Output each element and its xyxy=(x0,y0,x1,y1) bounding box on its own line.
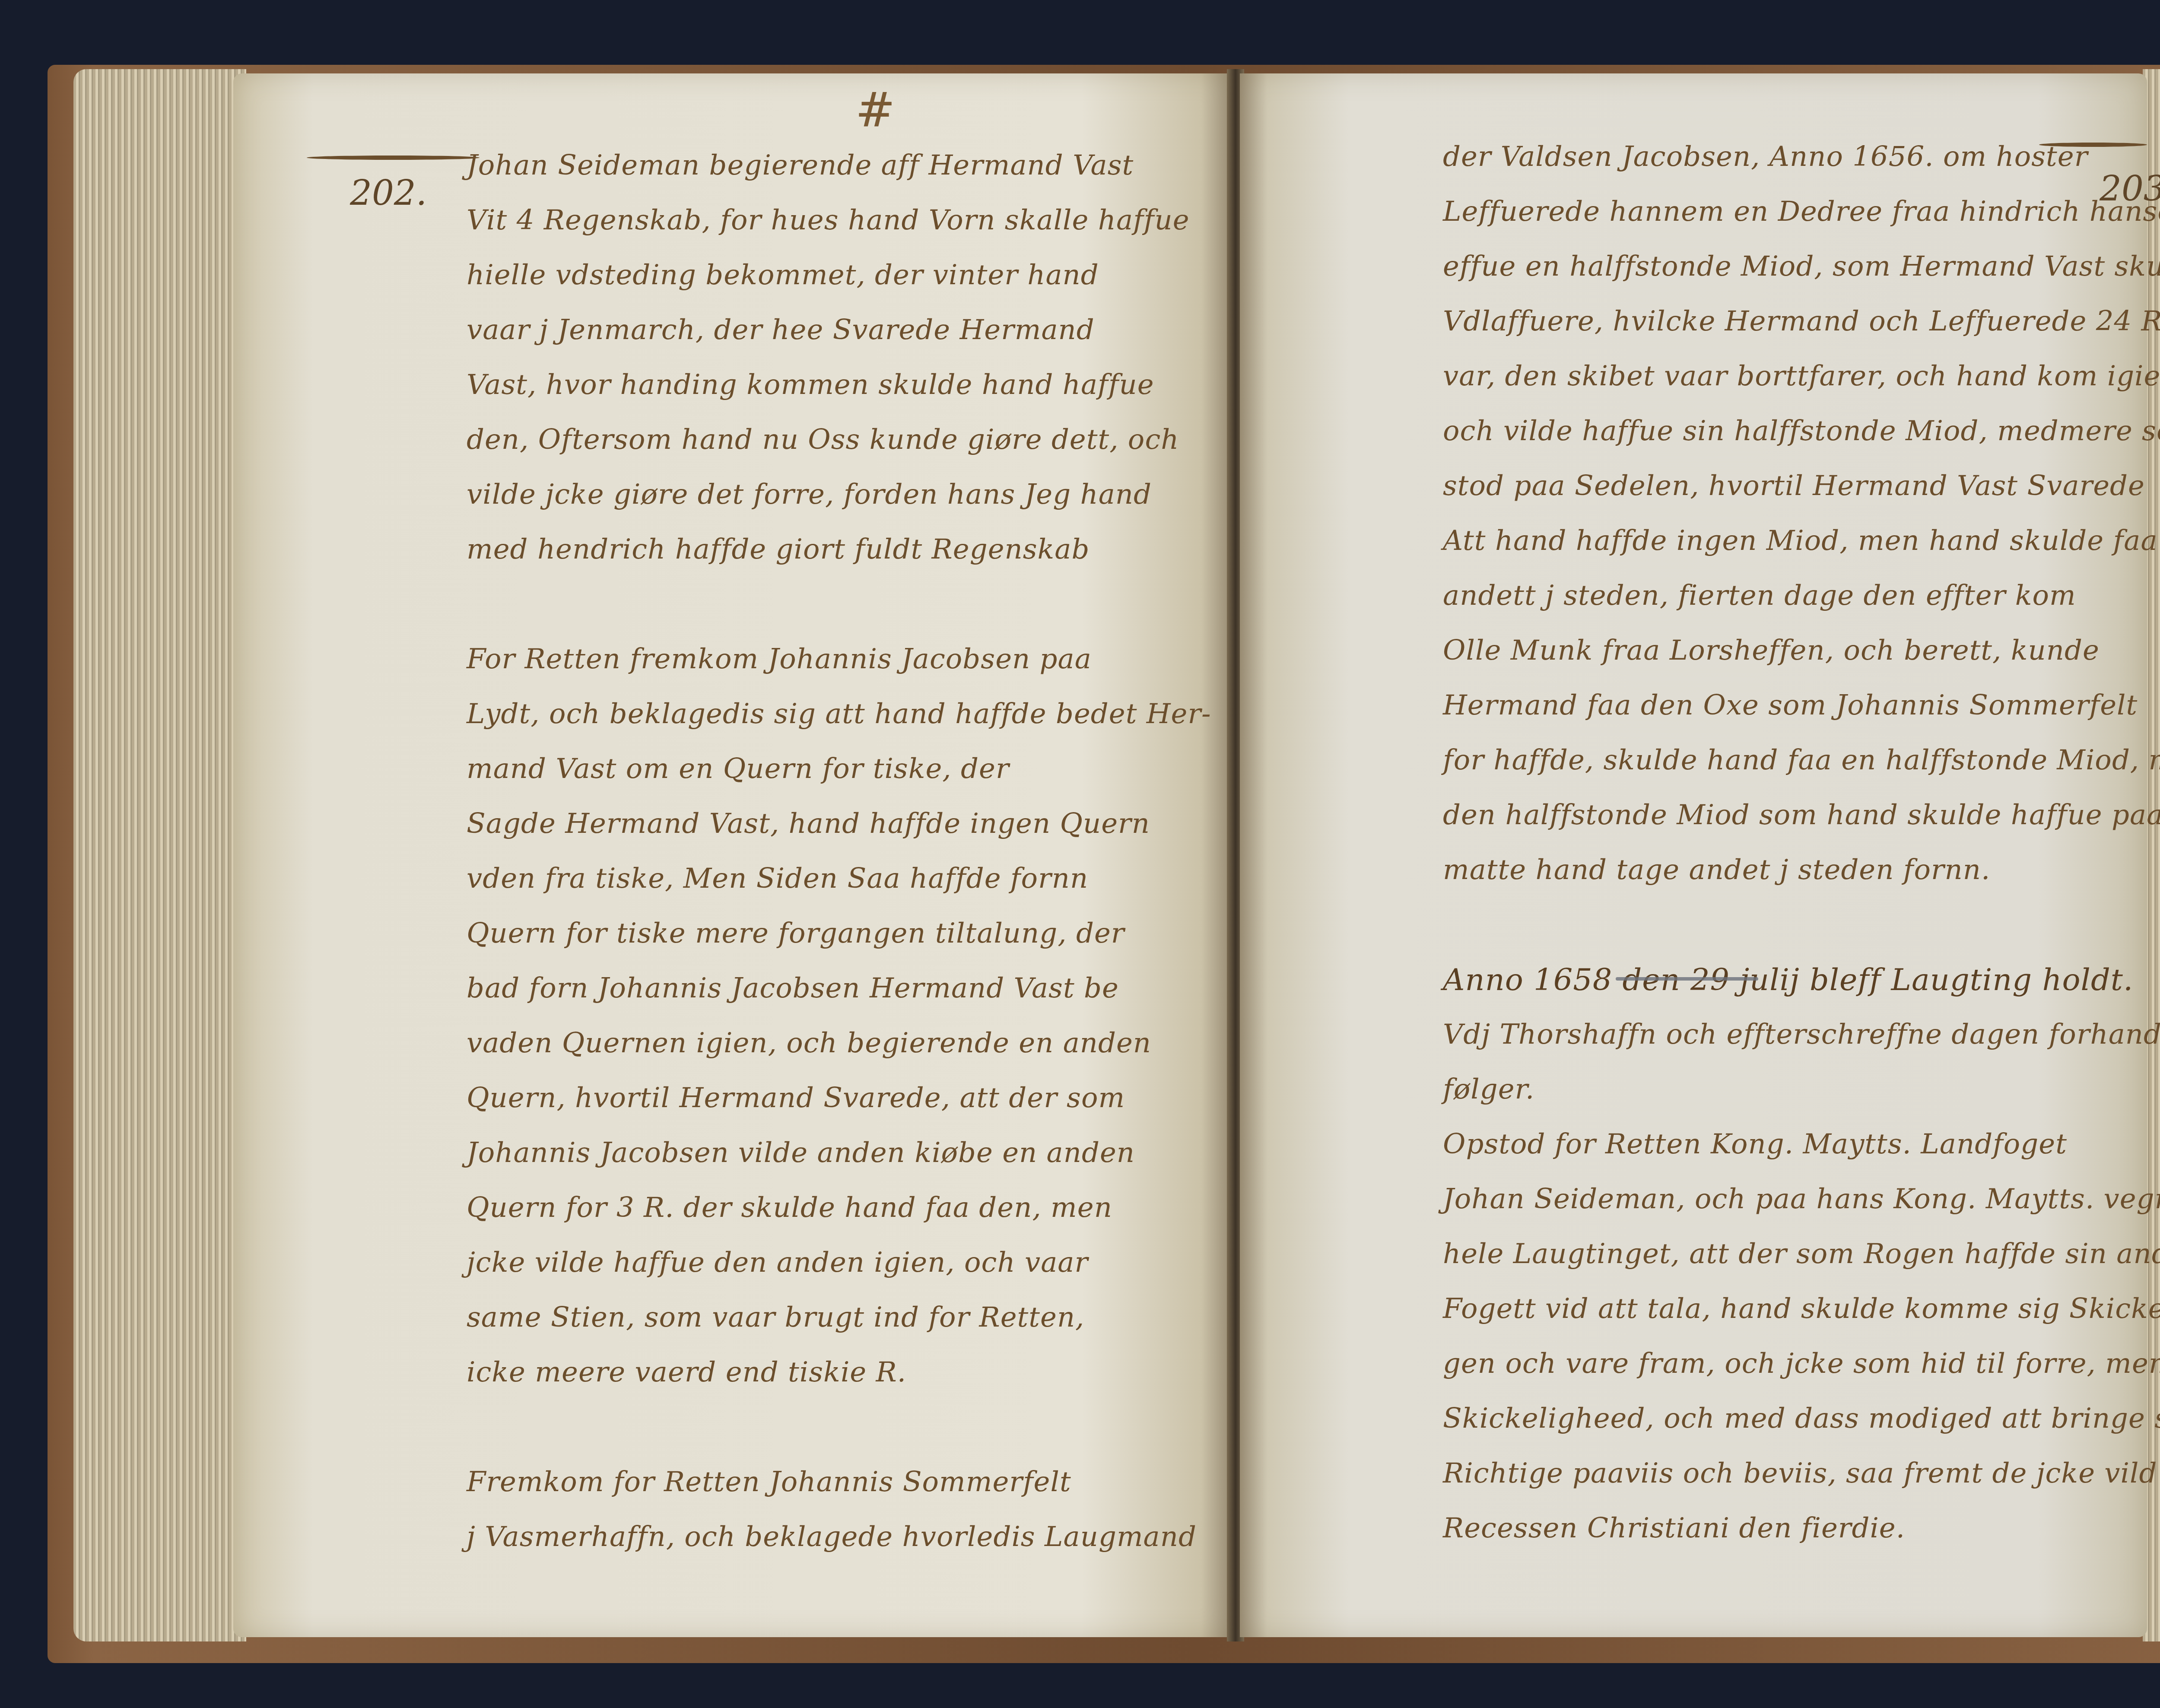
manuscript-line: jcke vilde haffue den anden igien, och v… xyxy=(467,1235,1227,1290)
manuscript-line: Quern for 3 R. der skulde hand faa den, … xyxy=(467,1181,1227,1235)
manuscript-line: Vit 4 Regenskab, for hues hand Vorn skal… xyxy=(467,193,1227,248)
manuscript-line: Anno 1658 den 29 julij bleff Laugting ho… xyxy=(1443,952,2143,1007)
manuscript-line: vaar j Jenmarch, der hee Svarede Hermand xyxy=(467,303,1227,358)
manuscript-line: same Stien, som vaar brugt ind for Rette… xyxy=(467,1290,1227,1345)
manuscript-line: Att hand haffde ingen Miod, men hand sku… xyxy=(1443,514,2143,568)
manuscript-line: den, Oftersom hand nu Oss kunde giøre de… xyxy=(467,413,1227,467)
manuscript-line: vilde jcke giøre det forre, forden hans … xyxy=(467,467,1227,522)
manuscript-line: Skickeligheed, och med dass modiged att … xyxy=(1443,1391,2143,1446)
pencil-underline xyxy=(1616,977,1758,981)
manuscript-line: j Vasmerhaffn, och beklagede hvorledis L… xyxy=(467,1510,1227,1565)
manuscript-line: Hermand faa den Oxe som Johannis Sommerf… xyxy=(1443,678,2143,733)
manuscript-line: Johan Seideman begierende aff Hermand Va… xyxy=(467,138,1227,193)
manuscript-line: mand Vast om en Quern for tiske, der xyxy=(467,742,1227,797)
manuscript-line: och vilde haffue sin halffstonde Miod, m… xyxy=(1443,404,2143,459)
left-page-text: Johan Seideman begierende aff Hermand Va… xyxy=(467,138,1227,1565)
manuscript-line: gen och vare fram, och jcke som hid til … xyxy=(1443,1337,2143,1391)
left-page-edges xyxy=(73,69,246,1641)
manuscript-line: den halffstonde Miod som hand skulde haf… xyxy=(1443,788,2143,843)
manuscript-line: Vdlaffuere, hvilcke Hermand och Leffuere… xyxy=(1443,294,2143,349)
manuscript-line: Vdj Thorshaffn och effterschreffne dagen… xyxy=(1443,1007,2143,1062)
manuscript-line: For Retten fremkom Johannis Jacobsen paa xyxy=(467,632,1227,687)
manuscript-line: Lydt, och beklagedis sig att hand haffde… xyxy=(467,687,1227,742)
manuscript-line: vden fra tiske, Men Siden Saa haffde for… xyxy=(467,851,1227,906)
manuscript-line: vaden Quernen igien, och begierende en a… xyxy=(467,1016,1227,1071)
manuscript-line: Olle Munk fraa Lorsheffen, och berett, k… xyxy=(1443,623,2143,678)
manuscript-line: Fogett vid att tala, hand skulde komme s… xyxy=(1443,1282,2143,1337)
manuscript-line: hielle vdsteding bekommet, der vinter ha… xyxy=(467,248,1227,303)
paragraph-gap xyxy=(1443,898,2143,952)
top-mark: # xyxy=(855,82,895,137)
manuscript-line: bad forn Johannis Jacobsen Hermand Vast … xyxy=(467,961,1227,1016)
page-number-rule-left xyxy=(307,156,480,160)
manuscript-line: Vast, hvor handing kommen skulde hand ha… xyxy=(467,358,1227,413)
manuscript-line: Opstod for Retten Kong. Maytts. Landfoge… xyxy=(1443,1117,2143,1172)
manuscript-line: følger. xyxy=(1443,1062,2143,1117)
left-page-number: 202. xyxy=(350,173,427,213)
paragraph-gap xyxy=(467,577,1227,632)
manuscript-line: Johannis Jacobsen vilde anden kiøbe en a… xyxy=(467,1126,1227,1181)
manuscript-line: Fremkom for Retten Johannis Sommerfelt xyxy=(467,1455,1227,1510)
manuscript-line: andett j steden, fierten dage den effter… xyxy=(1443,568,2143,623)
manuscript-line: Quern for tiske mere forgangen tiltalung… xyxy=(467,906,1227,961)
right-page-text: der Valdsen Jacobsen, Anno 1656. om host… xyxy=(1443,130,2143,1556)
manuscript-line: matte hand tage andet j steden fornn. xyxy=(1443,843,2143,898)
manuscript-line: hele Laugtinget, att der som Rogen haffd… xyxy=(1443,1227,2143,1282)
manuscript-line: Johan Seideman, och paa hans Kong. Maytt… xyxy=(1443,1172,2143,1227)
paragraph-gap xyxy=(467,1400,1227,1455)
manuscript-line: Sagde Hermand Vast, hand haffde ingen Qu… xyxy=(467,797,1227,851)
manuscript-line: for haffde, skulde hand faa en halffston… xyxy=(1443,733,2143,788)
manuscript-line: stod paa Sedelen, hvortil Hermand Vast S… xyxy=(1443,459,2143,514)
manuscript-line: effue en halffstonde Miod, som Hermand V… xyxy=(1443,239,2143,294)
manuscript-line: Leffuerede hannem en Dedree fraa hindric… xyxy=(1443,184,2143,239)
manuscript-line: Recessen Christiani den fierdie. xyxy=(1443,1501,2143,1556)
manuscript-line: der Valdsen Jacobsen, Anno 1656. om host… xyxy=(1443,130,2143,184)
manuscript-line: var, den skibet vaar borttfarer, och han… xyxy=(1443,349,2143,404)
manuscript-line: icke meere vaerd end tiskie R. xyxy=(467,1345,1227,1400)
manuscript-line: Quern, hvortil Hermand Svarede, att der … xyxy=(467,1071,1227,1126)
manuscript-line: Richtige paaviis och beviis, saa fremt d… xyxy=(1443,1446,2143,1501)
manuscript-line: med hendrich haffde giort fuldt Regenska… xyxy=(467,522,1227,577)
